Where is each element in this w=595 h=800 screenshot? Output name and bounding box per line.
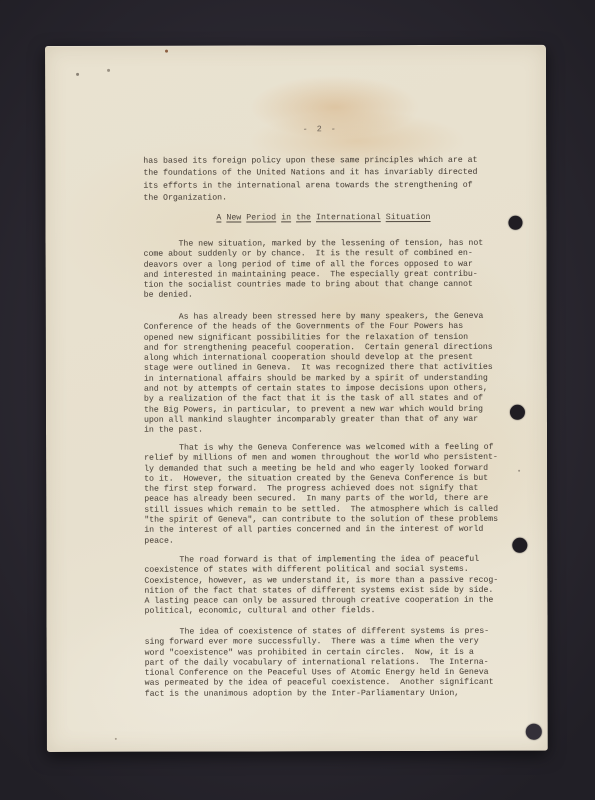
hole-punch-dot (508, 216, 522, 230)
scan-background: - 2 - has based its foreign policy upon … (0, 0, 595, 800)
paper-speck (165, 50, 168, 53)
body-paragraph: The road forward is that of implementing… (144, 555, 524, 618)
heading-word: New (226, 213, 241, 222)
body-paragraph: The new situation, marked by the lesseni… (144, 239, 524, 302)
paper-speck (76, 73, 79, 76)
heading-word: Situation (386, 213, 431, 222)
heading-word: International (316, 213, 381, 222)
hole-punch-dot (509, 404, 524, 419)
page-number: - 2 - (135, 124, 505, 135)
paper-speck (115, 738, 117, 740)
page-content: - 2 - has based its foreign policy upon … (45, 45, 548, 752)
body-paragraph: The idea of coexistence of states of dif… (145, 627, 525, 700)
paper-speck (107, 69, 110, 72)
heading-word: the (296, 213, 311, 222)
section-heading: A New Period in the International Situat… (143, 213, 503, 224)
intro-paragraph: has based its foreign policy upon these … (143, 155, 523, 206)
body-paragraph: As has already been stressed here by man… (144, 312, 524, 437)
hole-punch-dot (526, 724, 542, 740)
heading-word: in (281, 213, 291, 222)
body-paragraph: That is why the Geneva Conference was we… (144, 443, 524, 547)
heading-word: Period (246, 213, 276, 222)
paper-speck (518, 470, 520, 472)
hole-punch-dot (512, 537, 527, 552)
document-page: - 2 - has based its foreign policy upon … (45, 45, 548, 752)
heading-word: A (216, 214, 221, 223)
